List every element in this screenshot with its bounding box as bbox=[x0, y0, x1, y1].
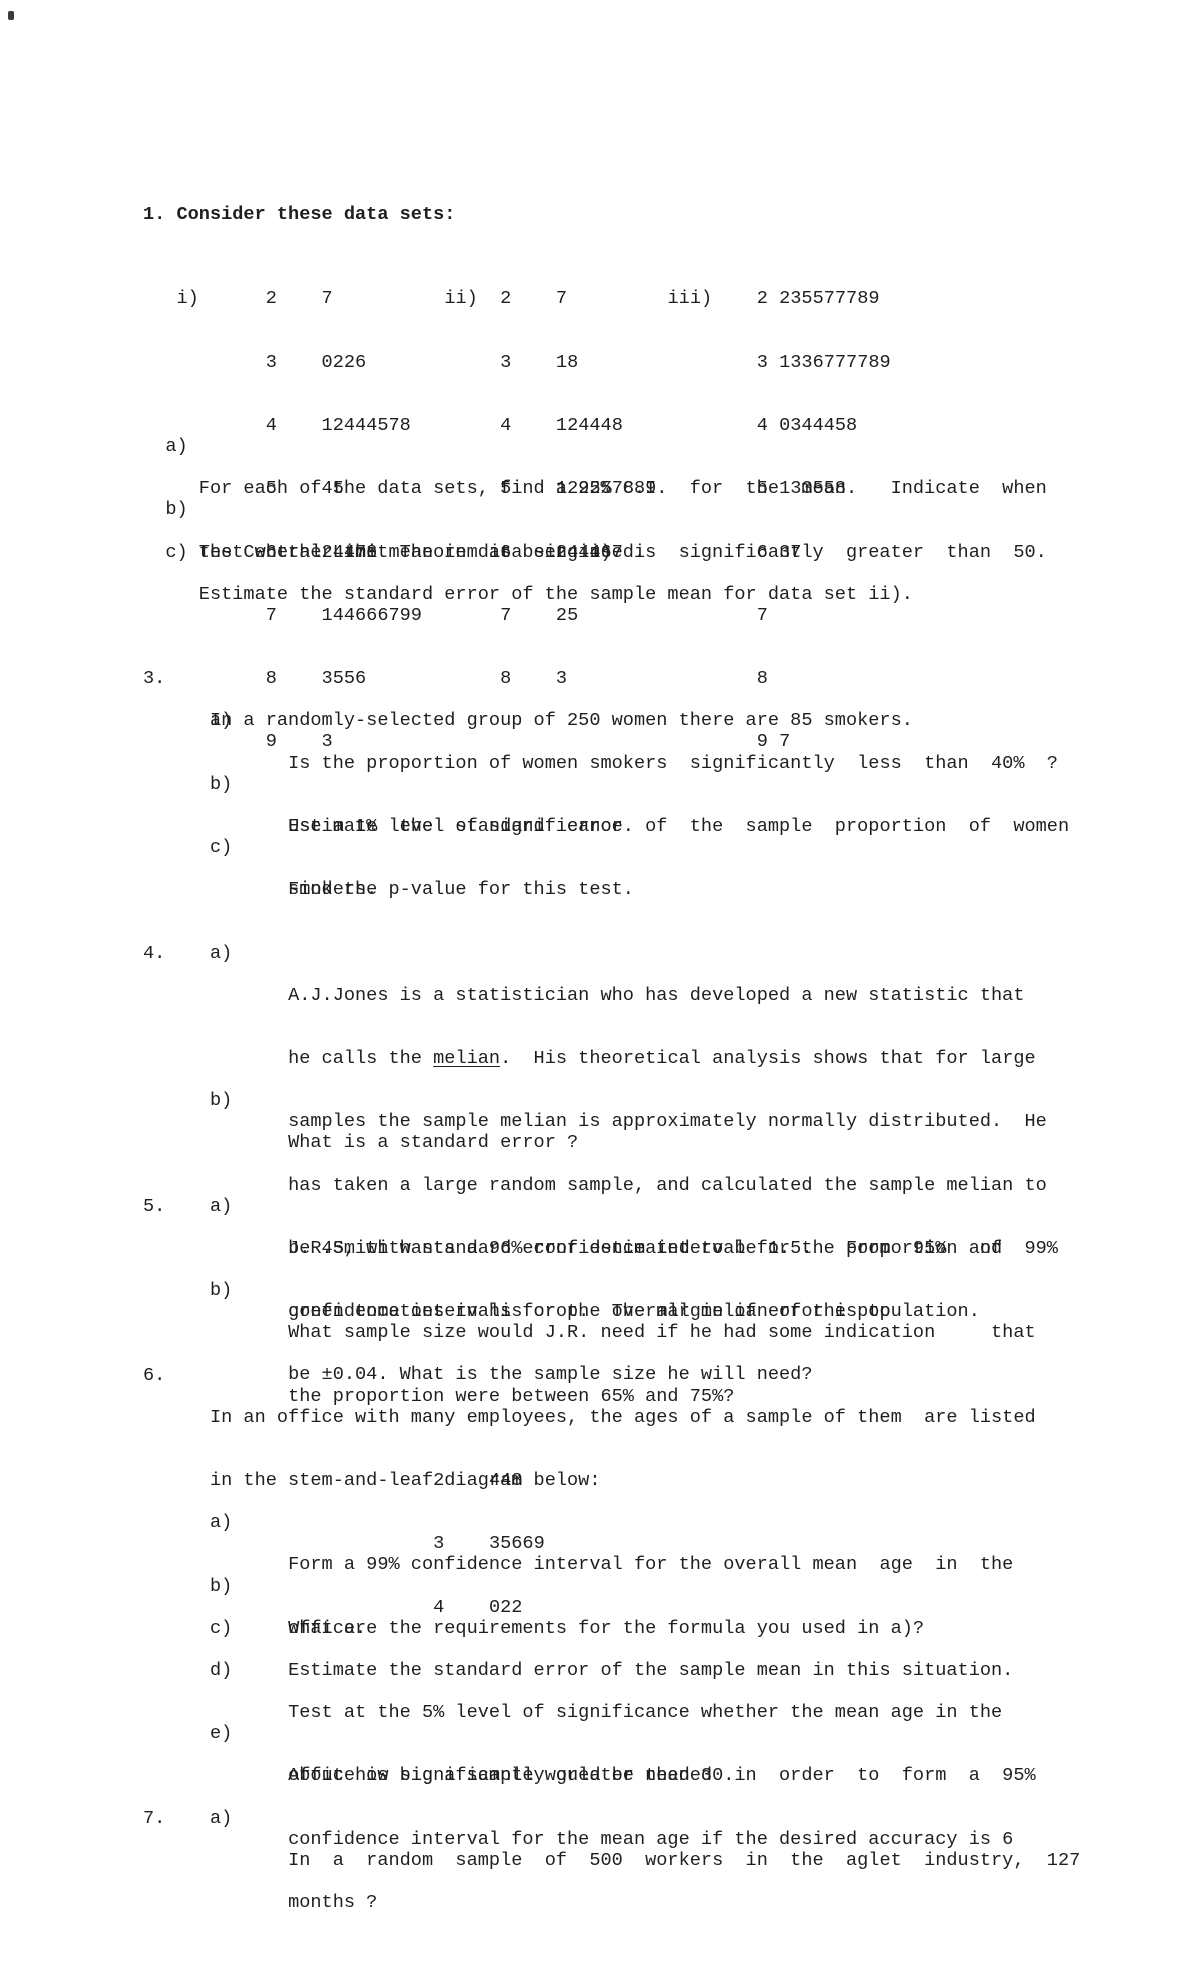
part-line: Find the p-value for this test. bbox=[288, 879, 634, 900]
intro-line: in the stem-and-leaf diagram below: bbox=[210, 1470, 1036, 1491]
stem-leaf-row: 412444578 bbox=[176, 415, 422, 436]
stem-cell: 3 bbox=[500, 352, 556, 373]
question-number: 4. bbox=[143, 943, 210, 964]
stem-cell: 4 bbox=[500, 415, 556, 436]
part-line: About how big a sample would be needed i… bbox=[288, 1765, 1036, 1786]
q6-intro: 6. In an office with many employees, the… bbox=[143, 1365, 1036, 1534]
part-line: Estimate the standard error of the sampl… bbox=[288, 816, 1069, 837]
question-number: 3. bbox=[143, 668, 210, 689]
q4-part-b: b) What is a standard error ? bbox=[210, 1090, 578, 1195]
stem-leaf-row: 31336777789 bbox=[668, 352, 891, 373]
part-line: For each of the data sets, find a 95% C.… bbox=[199, 478, 1047, 499]
part-label: d) bbox=[210, 1660, 288, 1681]
stem-cell: 2 bbox=[266, 288, 322, 309]
stem-cell: 3 bbox=[266, 352, 322, 373]
part-line: In a random sample of 500 workers in the… bbox=[288, 1850, 1080, 1871]
stem-leaf-row: 2448 bbox=[433, 1470, 545, 1491]
part-line: Is the proportion of women smokers signi… bbox=[288, 753, 1058, 774]
stem-leaf-row: 4124448 bbox=[444, 415, 656, 436]
dataset-label: i) bbox=[176, 288, 265, 309]
leaf-cell: 235577789 bbox=[779, 288, 879, 309]
part-label: b) bbox=[210, 1280, 288, 1301]
part-lines: What is a standard error ? bbox=[288, 1090, 578, 1195]
stem-leaf-row: i)27 bbox=[176, 288, 422, 309]
leaf-cell: 448 bbox=[489, 1470, 522, 1491]
leaf-cell: 7 bbox=[556, 288, 567, 309]
part-line: What sample size would J.R. need if he h… bbox=[288, 1322, 1036, 1343]
q3-part-c: c) Find the p-value for this test. bbox=[210, 837, 634, 942]
line-segment: he calls the bbox=[288, 1048, 433, 1069]
part-label: c) bbox=[210, 837, 288, 858]
part-label: e) bbox=[210, 1723, 288, 1744]
part-label: c) bbox=[165, 542, 198, 563]
document-page: 1. Consider these data sets: i)27 30226 … bbox=[0, 0, 1200, 1976]
part-label: a) bbox=[210, 710, 288, 731]
stem-leaf-row: iii)2235577789 bbox=[668, 288, 891, 309]
part-label: b) bbox=[210, 1090, 288, 1111]
part-line: What is a standard error ? bbox=[288, 1132, 578, 1153]
q4-underlined-term: melian bbox=[433, 1048, 500, 1069]
part-lines: Estimate the standard error of the sampl… bbox=[199, 542, 913, 647]
part-label: a) bbox=[210, 1196, 288, 1217]
stem-cell: 4 bbox=[757, 415, 779, 436]
part-label: a) bbox=[165, 436, 198, 457]
stem-leaf-row: 40344458 bbox=[668, 415, 891, 436]
part-label: a) bbox=[210, 943, 288, 964]
question-number: 7. bbox=[143, 1808, 210, 1829]
part-label: a) bbox=[210, 1808, 288, 1829]
leaf-cell: 12444578 bbox=[322, 415, 411, 436]
leaf-cell: 124448 bbox=[556, 415, 623, 436]
q7-part-a: 7. a) In a random sample of 500 workers … bbox=[143, 1808, 1080, 1913]
q1-part-c: c) Estimate the standard error of the sa… bbox=[165, 542, 913, 647]
stem-cell: 2 bbox=[757, 288, 779, 309]
stem-cell: 2 bbox=[500, 288, 556, 309]
part-line: A.J.Jones is a statistician who has deve… bbox=[288, 985, 1058, 1006]
part-lines: Find the p-value for this test. bbox=[288, 837, 634, 942]
stem-cell: 2 bbox=[433, 1470, 489, 1491]
leaf-cell: 1336777789 bbox=[779, 352, 891, 373]
part-label: b) bbox=[210, 1576, 288, 1597]
leaf-cell: 18 bbox=[556, 352, 578, 373]
line-segment: . His theoretical analysis shows that fo… bbox=[500, 1048, 1036, 1069]
stem-leaf-row: 318 bbox=[444, 352, 656, 373]
intro-line: In an office with many employees, the ag… bbox=[210, 1407, 1036, 1428]
part-label: b) bbox=[210, 774, 288, 795]
part-label: b) bbox=[165, 499, 198, 520]
stem-leaf-row: ii)27 bbox=[444, 288, 656, 309]
part-label: c) bbox=[210, 1618, 288, 1639]
q1-heading: 1. Consider these data sets: bbox=[143, 204, 455, 225]
part-line: Estimate the standard error of the sampl… bbox=[199, 584, 913, 605]
stem-cell: 3 bbox=[757, 352, 779, 373]
stem-cell: 4 bbox=[266, 415, 322, 436]
stem-leaf-row: 30226 bbox=[176, 352, 422, 373]
dataset-label: ii) bbox=[444, 288, 500, 309]
question-number: 5. bbox=[143, 1196, 210, 1217]
part-line-with-underline: he calls the melian. His theoretical ana… bbox=[288, 1048, 1058, 1069]
dataset-label: iii) bbox=[668, 288, 757, 309]
leaf-cell: 0344458 bbox=[779, 415, 857, 436]
leaf-cell: 0226 bbox=[322, 352, 367, 373]
leaf-cell: 7 bbox=[322, 288, 333, 309]
question-number: 6. bbox=[143, 1365, 210, 1386]
scan-artifact bbox=[8, 11, 14, 20]
part-lines: In a random sample of 500 workers in the… bbox=[288, 1808, 1080, 1913]
intro-lines: In an office with many employees, the ag… bbox=[210, 1365, 1036, 1534]
part-label: a) bbox=[210, 1512, 288, 1533]
part-line: Test at the 5% level of significance whe… bbox=[288, 1702, 1002, 1723]
part-line: J.R.Smith wants a 96% confidence interva… bbox=[288, 1238, 1002, 1259]
part-line: Form a 99% confidence interval for the o… bbox=[288, 1554, 1013, 1575]
